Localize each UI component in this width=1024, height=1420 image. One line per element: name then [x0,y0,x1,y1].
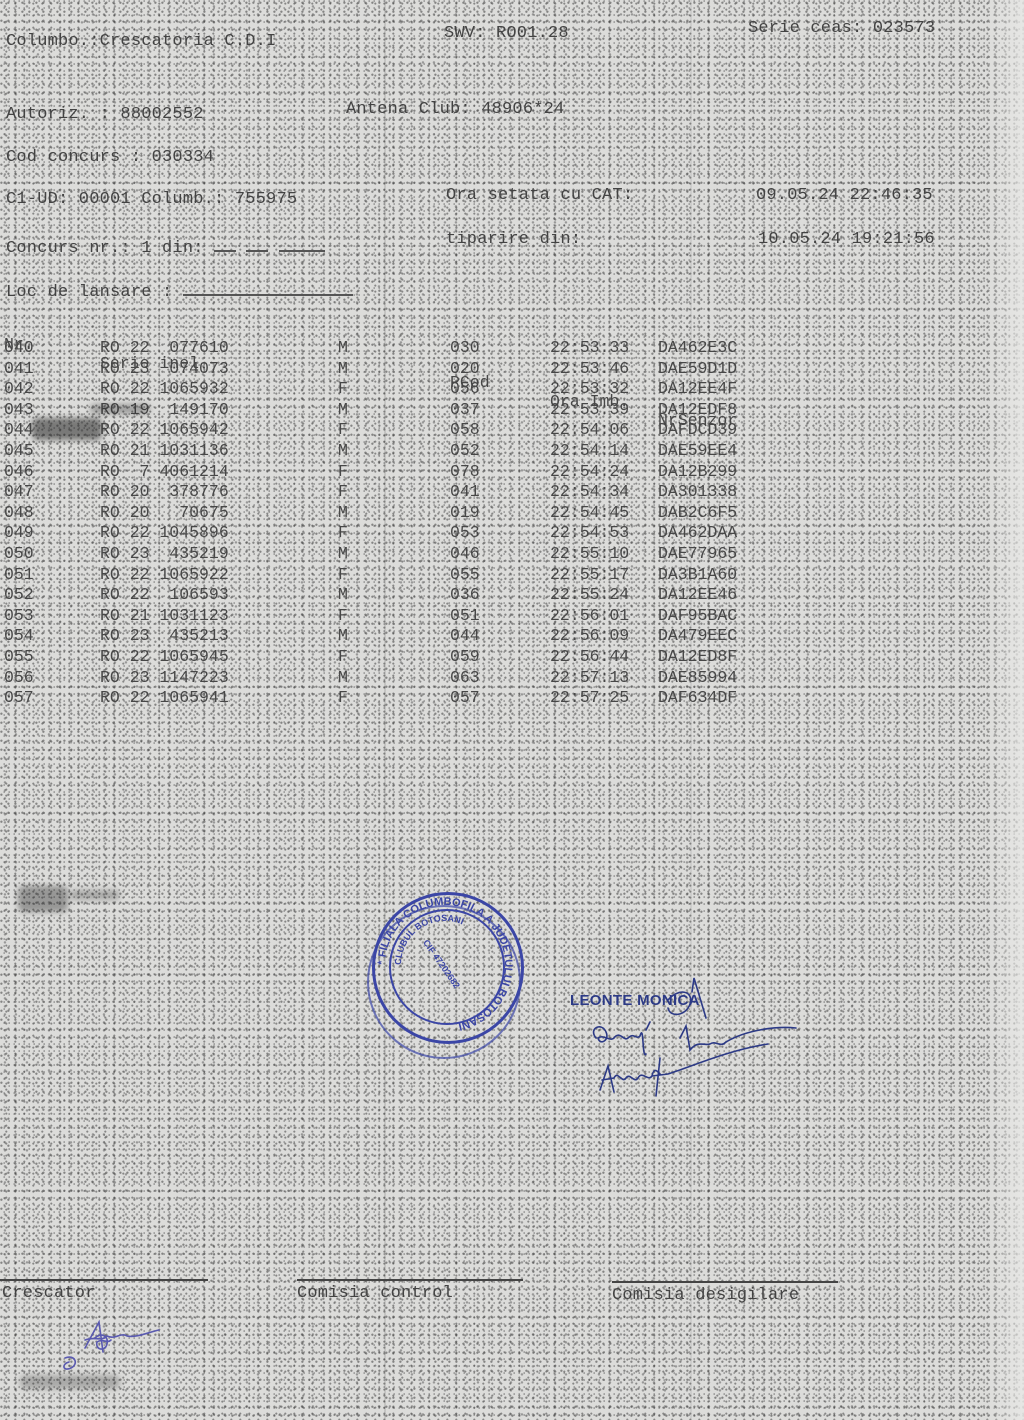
row-pcod: 058 [450,420,480,439]
row-ora-imb: 22:54:45 [550,503,629,522]
scanned-paper [0,0,1024,1420]
row-ora-imb: 22:54:34 [550,482,629,501]
row-pcod: 044 [450,626,480,645]
row-nr: 052 [4,585,34,604]
row-ora-imb: 22:57:13 [550,668,629,687]
row-ora-imb: 22:54:06 [550,420,629,439]
row-nr: 054 [4,626,34,645]
signature-line-comisia-control [297,1279,523,1281]
table-header: Nr. Serie inel PCod Ora Imb. NrSenzor [4,316,44,335]
row-sex: F [338,462,348,481]
row-nr: 045 [4,441,34,460]
toner-smudge [70,890,120,900]
antena-club: Antena Club: 48906*24 [346,100,564,119]
row-nr-senzor: DA479EEC [658,626,737,645]
row-serie-inel: RO 22 1065945 [100,647,229,666]
row-nr-senzor: DA12ED8F [658,647,737,666]
row-sex: M [338,544,348,563]
tiparire-label: tiparire din: [446,230,581,249]
row-ora-imb: 22:55:24 [550,585,629,604]
row-pcod: 041 [450,482,480,501]
date-blank [279,234,325,252]
row-sex: M [338,400,348,419]
row-nr: 044 [4,420,34,439]
ora-setata-value: 09.05.24 22:46:35 [756,186,933,205]
crescator-signature [55,1318,165,1378]
row-nr: 057 [4,688,34,707]
row-nr-senzor: DA12EE4F [658,379,737,398]
row-nr-senzor: DAB2C6F5 [658,503,737,522]
row-serie-inel: RO 21 1031136 [100,441,229,460]
row-nr: 040 [4,338,34,357]
date-blank [246,234,268,252]
row-pcod: 057 [450,688,480,707]
serie-ceas: Serie ceas: 023573 [748,19,935,38]
row-ora-imb: 22:54:53 [550,523,629,542]
row-nr: 043 [4,400,34,419]
columbodrom-label: Columbo.:Crescatoria C.D.I [6,32,276,51]
row-pcod: 046 [450,544,480,563]
row-sex: F [338,688,348,707]
row-nr: 046 [4,462,34,481]
autorizatie: Autoriz. : 88002552 [6,105,204,124]
comisia-control-label: Comisia control [297,1284,453,1303]
loc-lansare: Loc de lansare : [6,278,353,302]
row-nr: 042 [4,379,34,398]
row-pcod: 020 [450,359,480,378]
row-sex: F [338,420,348,439]
tiparire-value: 10.05.24 19:21:56 [758,230,935,249]
row-ora-imb: 22:56:01 [550,606,629,625]
row-nr: 041 [4,359,34,378]
row-nr-senzor: DA12EE46 [658,585,737,604]
row-serie-inel: RO 22 1065932 [100,379,229,398]
row-serie-inel: RO 22 077610 [100,338,229,357]
row-sex: F [338,606,348,625]
row-serie-inel: RO 23 435213 [100,626,229,645]
row-sex: M [338,503,348,522]
row-ora-imb: 22:56:44 [550,647,629,666]
row-nr: 048 [4,503,34,522]
row-serie-inel: RO 21 1031123 [100,606,229,625]
row-ora-imb: 22:53:46 [550,359,629,378]
row-pcod: 063 [450,668,480,687]
row-serie-inel: RO 23 1147223 [100,668,229,687]
row-ora-imb: 22:54:24 [550,462,629,481]
crescator-label: Crescator [2,1284,96,1303]
row-sex: F [338,565,348,584]
row-serie-inel: RO 22 106593 [100,585,229,604]
row-sex: M [338,441,348,460]
row-nr: 056 [4,668,34,687]
row-nr-senzor: DA3B1A60 [658,565,737,584]
crud-columb: C1-UD: 00001 Columb.: 755975 [6,190,297,209]
row-pcod: 078 [450,462,480,481]
row-nr-senzor: DA462DAA [658,523,737,542]
row-nr-senzor: DAF95BAC [658,606,737,625]
cod-concurs: Cod concurs : 030334 [6,148,214,167]
row-serie-inel: RO 20 378776 [100,482,229,501]
row-pcod: 037 [450,400,480,419]
row-serie-inel: RO 22 1045896 [100,523,229,542]
ora-setata-label: Ora setata cu CAT: [446,186,633,205]
row-pcod: 051 [450,606,480,625]
row-ora-imb: 22:54:14 [550,441,629,460]
concurs-nr: Concurs nr.: 1 din: [6,234,325,258]
row-nr: 051 [4,565,34,584]
row-nr-senzor: DAFDCD39 [658,420,737,439]
row-sex: F [338,523,348,542]
handwritten-signatures [560,960,820,1110]
signature-line-crescator [0,1279,208,1281]
row-serie-inel: RO 7 4061214 [100,462,229,481]
row-nr-senzor: DA301338 [658,482,737,501]
row-sex: M [338,626,348,645]
row-ora-imb: 22:53:39 [550,400,629,419]
row-pcod: 030 [450,338,480,357]
comisia-desigilare-label: Comisia desigilare [612,1286,799,1305]
row-nr-senzor: DA462E3C [658,338,737,357]
toner-smudge [90,404,150,414]
loc-lansare-blank [183,278,353,296]
row-sex: M [338,338,348,357]
fold-line [690,0,692,1420]
row-ora-imb: 22:57:25 [550,688,629,707]
row-serie-inel: RO 20 70675 [100,503,229,522]
row-nr-senzor: DAE85994 [658,668,737,687]
row-pcod: 036 [450,585,480,604]
row-nr: 053 [4,606,34,625]
row-nr-senzor: DAE59D1D [658,359,737,378]
row-sex: M [338,359,348,378]
row-pcod: 056 [450,379,480,398]
toner-smudge [18,886,68,912]
row-sex: M [338,668,348,687]
row-sex: M [338,585,348,604]
row-ora-imb: 22:53:33 [550,338,629,357]
row-sex: F [338,379,348,398]
row-nr: 047 [4,482,34,501]
row-ora-imb: 22:55:10 [550,544,629,563]
date-blank [214,234,236,252]
signature-line-comisia-desigilare [612,1281,838,1283]
row-serie-inel: RO 23 435219 [100,544,229,563]
row-pcod: 055 [450,565,480,584]
row-sex: F [338,482,348,501]
row-nr-senzor: DA12EDF8 [658,400,737,419]
row-nr-senzor: DA12B299 [658,462,737,481]
row-serie-inel: RO 23 074073 [100,359,229,378]
row-pcod: 052 [450,441,480,460]
row-ora-imb: 22:53:32 [550,379,629,398]
row-ora-imb: 22:56:09 [550,626,629,645]
row-ora-imb: 22:55:17 [550,565,629,584]
fold-line [384,0,386,1420]
row-nr: 049 [4,523,34,542]
swv-version: SWV: RO01.28 [444,24,569,43]
row-sex: F [338,647,348,666]
row-serie-inel: RO 22 1065942 [100,420,229,439]
concurs-nr-label: Concurs nr.: 1 din: [6,239,204,258]
row-serie-inel: RO 22 1065941 [100,688,229,707]
row-nr-senzor: DAE77965 [658,544,737,563]
row-pcod: 019 [450,503,480,522]
row-pcod: 059 [450,647,480,666]
toner-smudge [32,418,102,440]
row-nr: 055 [4,647,34,666]
row-nr-senzor: DAE59EE4 [658,441,737,460]
row-nr: 050 [4,544,34,563]
official-stamp: * FILIALA COLUMBOFILA A JUDETULUI BOTOSA… [372,892,524,1044]
row-nr-senzor: DAF634DF [658,688,737,707]
row-serie-inel: RO 22 1065922 [100,565,229,584]
loc-lansare-label: Loc de lansare : [6,283,172,302]
row-pcod: 053 [450,523,480,542]
